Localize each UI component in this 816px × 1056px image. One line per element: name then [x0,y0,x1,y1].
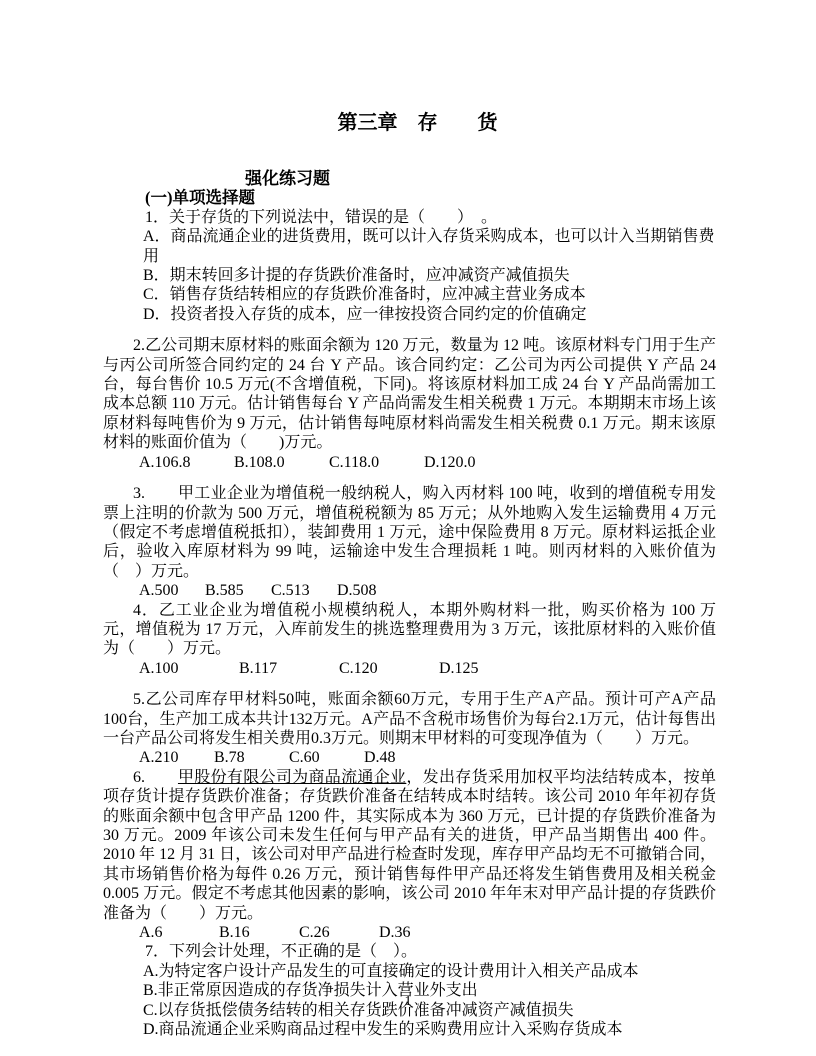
question-3-choices: A.500B.585C.513D.508 [103,581,716,600]
question-4: 4．乙工业企业为增值税小规模纳税人，本期外购材料一批，购买价格为 100 万元，… [103,601,716,679]
question-2-choice-c: C.118.0 [329,453,424,472]
question-4-choices: A.100B.117C.120D.125 [103,659,716,678]
question-5-choice-c: C.60 [289,748,364,767]
question-2-stem: 2.乙公司期末原材料的账面余额为 120 万元，数量为 12 吨。该原材料专门用… [103,336,716,452]
document-content: 第三章 存 货 强化练习题 (一)单项选择题 1．关于存货的下列说法中，错误的是… [0,0,816,1039]
question-4-stem: 4．乙工业企业为增值税小规模纳税人，本期外购材料一批，购买价格为 100 万元，… [103,601,716,659]
question-1-option-d: D．投资者投入存货的成本，应一律按投资合同约定的价值确定 [103,305,716,324]
question-4-choice-a: A.100 [139,659,239,678]
question-2-choice-b: B.108.0 [234,453,329,472]
question-7-stem: 7．下列会计处理，不正确的是（ ）。 [103,942,716,961]
question-5-choice-d: D.48 [364,748,396,767]
question-5-choice-b: B.78 [214,748,289,767]
question-3-choice-d: D.508 [337,581,377,600]
subsection-heading: (一)单项选择题 [145,188,716,207]
question-1-stem: 1．关于存货的下列说法中，错误的是（ ） 。 [103,208,716,227]
question-1-option-b: B．期末转回多计提的存货跌价准备时，应冲减资产减值损失 [103,266,716,285]
question-3-stem: 3. 甲工业企业为增值税一般纳税人，购入丙材料 100 吨，收到的增值税专用发票… [103,484,716,581]
question-1-option-a: A．商品流通企业的进货费用，既可以计入存货采购成本，也可以计入当期销售费用 [103,227,716,266]
question-6-choices: A.6B.16C.26D.36 [103,923,716,942]
question-3-choice-c: C.513 [271,581,337,600]
section-heading: 强化练习题 [245,169,716,188]
question-6-stem-prefix: 6. [133,769,178,786]
question-7: 7．下列会计处理，不正确的是（ ）。 A.为特定客户设计产品发生的可直接确定的设… [103,942,716,1039]
question-6-choice-c: C.26 [299,923,379,942]
question-4-choice-d: D.125 [439,659,479,678]
question-4-choice-b: B.117 [239,659,339,678]
document-title: 第三章 存 货 [119,110,716,136]
question-6-choice-b: B.16 [219,923,299,942]
question-5-choices: A.210B.78C.60D.48 [103,748,716,767]
question-6-stem-underlined-company: 甲股份有限公司为商品流通企业 [178,769,406,786]
question-6-choice-a: A.6 [139,923,219,942]
question-6-choice-d: D.36 [379,923,411,942]
question-6: 6. 甲股份有限公司为商品流通企业，发出存货采用加权平均法结转成本，按单项存货计… [103,768,716,943]
question-5-choice-a: A.210 [139,748,214,767]
question-7-option-d: D.商品流通企业采购商品过程中发生的采购费用应计入采购存货成本 [103,1020,716,1039]
question-3-choice-b: B.585 [205,581,271,600]
question-3-choice-a: A.500 [139,581,205,600]
question-2-choices: A.106.8B.108.0C.118.0D.120.0 [103,453,716,472]
question-3: 3. 甲工业企业为增值税一般纳税人，购入丙材料 100 吨，收到的增值税专用发票… [103,484,716,600]
question-7-option-a: A.为特定客户设计产品发生的可直接确定的设计费用计入相关产品成本 [103,962,716,981]
question-5-stem: 5.乙公司库存甲材料50吨，账面余额60万元，专用于生产A产品。预计可产A产品1… [103,690,716,748]
question-2: 2.乙公司期末原材料的账面余额为 120 万元，数量为 12 吨。该原材料专门用… [103,336,716,472]
question-2-choice-d: D.120.0 [424,453,476,472]
document-page: 第三章 存 货 强化练习题 (一)单项选择题 1．关于存货的下列说法中，错误的是… [0,0,816,1056]
question-6-stem-body: ，发出存货采用加权平均法结转成本，按单项存货计提存货跌价准备；存货跌价准备在结转… [103,769,716,922]
question-1: 1．关于存货的下列说法中，错误的是（ ） 。 A．商品流通企业的进货费用，既可以… [103,208,716,324]
question-5: 5.乙公司库存甲材料50吨，账面余额60万元，专用于生产A产品。预计可产A产品1… [103,690,716,768]
question-2-choice-a: A.106.8 [139,453,234,472]
question-6-stem: 6. 甲股份有限公司为商品流通企业，发出存货采用加权平均法结转成本，按单项存货计… [103,768,716,923]
question-4-choice-c: C.120 [339,659,439,678]
question-1-option-c: C．销售存货结转相应的存货跌价准备时，应冲减主营业务成本 [103,285,716,304]
page-number: 1 [0,992,816,1011]
